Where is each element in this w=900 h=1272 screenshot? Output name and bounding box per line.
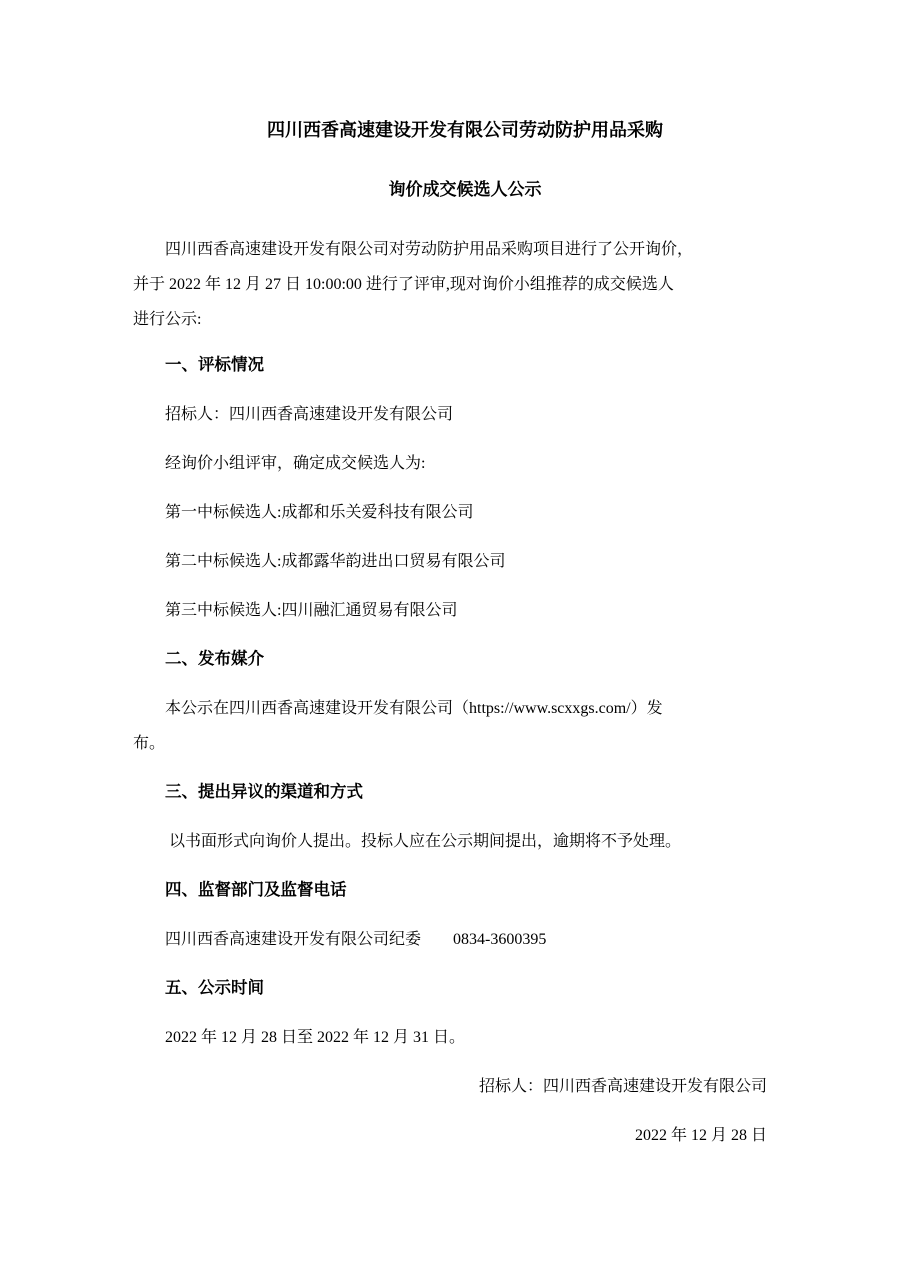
publish-media-line-1: 本公示在四川西香高速建设开发有限公司（https://www.scxxgs.co… [133, 691, 767, 726]
signature-date: 2022 年 12 月 28 日 [133, 1118, 767, 1153]
candidate-second: 第二中标候选人:成都露华韵进出口贸易有限公司 [133, 544, 767, 579]
objection-paragraph: 以书面形式向询价人提出。投标人应在公示期间提出，逾期将不予处理。 [133, 824, 767, 859]
publish-media-paragraph: 本公示在四川西香高速建设开发有限公司（https://www.scxxgs.co… [133, 691, 767, 761]
bidder-line: 招标人：四川西香高速建设开发有限公司 [133, 397, 767, 432]
publicity-period-line: 2022 年 12 月 28 日至 2022 年 12 月 31 日。 [133, 1020, 767, 1055]
section-5-heading: 五、公示时间 [133, 971, 767, 1006]
candidate-third: 第三中标候选人:四川融汇通贸易有限公司 [133, 593, 767, 628]
section-4-heading: 四、监督部门及监督电话 [133, 873, 767, 908]
document-title: 四川西香高速建设开发有限公司劳动防护用品采购 [133, 118, 767, 142]
publish-media-line-2: 布。 [133, 726, 767, 761]
review-line: 经询价小组评审，确定成交候选人为: [133, 446, 767, 481]
section-1-heading: 一、评标情况 [133, 348, 767, 383]
intro-line-2: 并于 2022 年 12 月 27 日 10:00:00 进行了评审,现对询价小… [133, 267, 767, 302]
intro-line-3: 进行公示: [133, 302, 767, 337]
candidate-first: 第一中标候选人:成都和乐关爱科技有限公司 [133, 495, 767, 530]
section-3-heading: 三、提出异议的渠道和方式 [133, 775, 767, 810]
supervision-contact-line: 四川西香高速建设开发有限公司纪委 0834-3600395 [133, 922, 767, 957]
announcement-page: 四川西香高速建设开发有限公司劳动防护用品采购 询价成交候选人公示 四川西香高速建… [0, 0, 900, 1272]
document-content: 四川西香高速建设开发有限公司劳动防护用品采购 询价成交候选人公示 四川西香高速建… [0, 0, 900, 1153]
intro-line-1: 四川西香高速建设开发有限公司对劳动防护用品采购项目进行了公开询价， [133, 232, 767, 267]
section-2-heading: 二、发布媒介 [133, 642, 767, 677]
intro-paragraph: 四川西香高速建设开发有限公司对劳动防护用品采购项目进行了公开询价， 并于 202… [133, 232, 767, 337]
document-subtitle: 询价成交候选人公示 [133, 178, 767, 202]
signature-issuer: 招标人：四川西香高速建设开发有限公司 [133, 1069, 767, 1104]
